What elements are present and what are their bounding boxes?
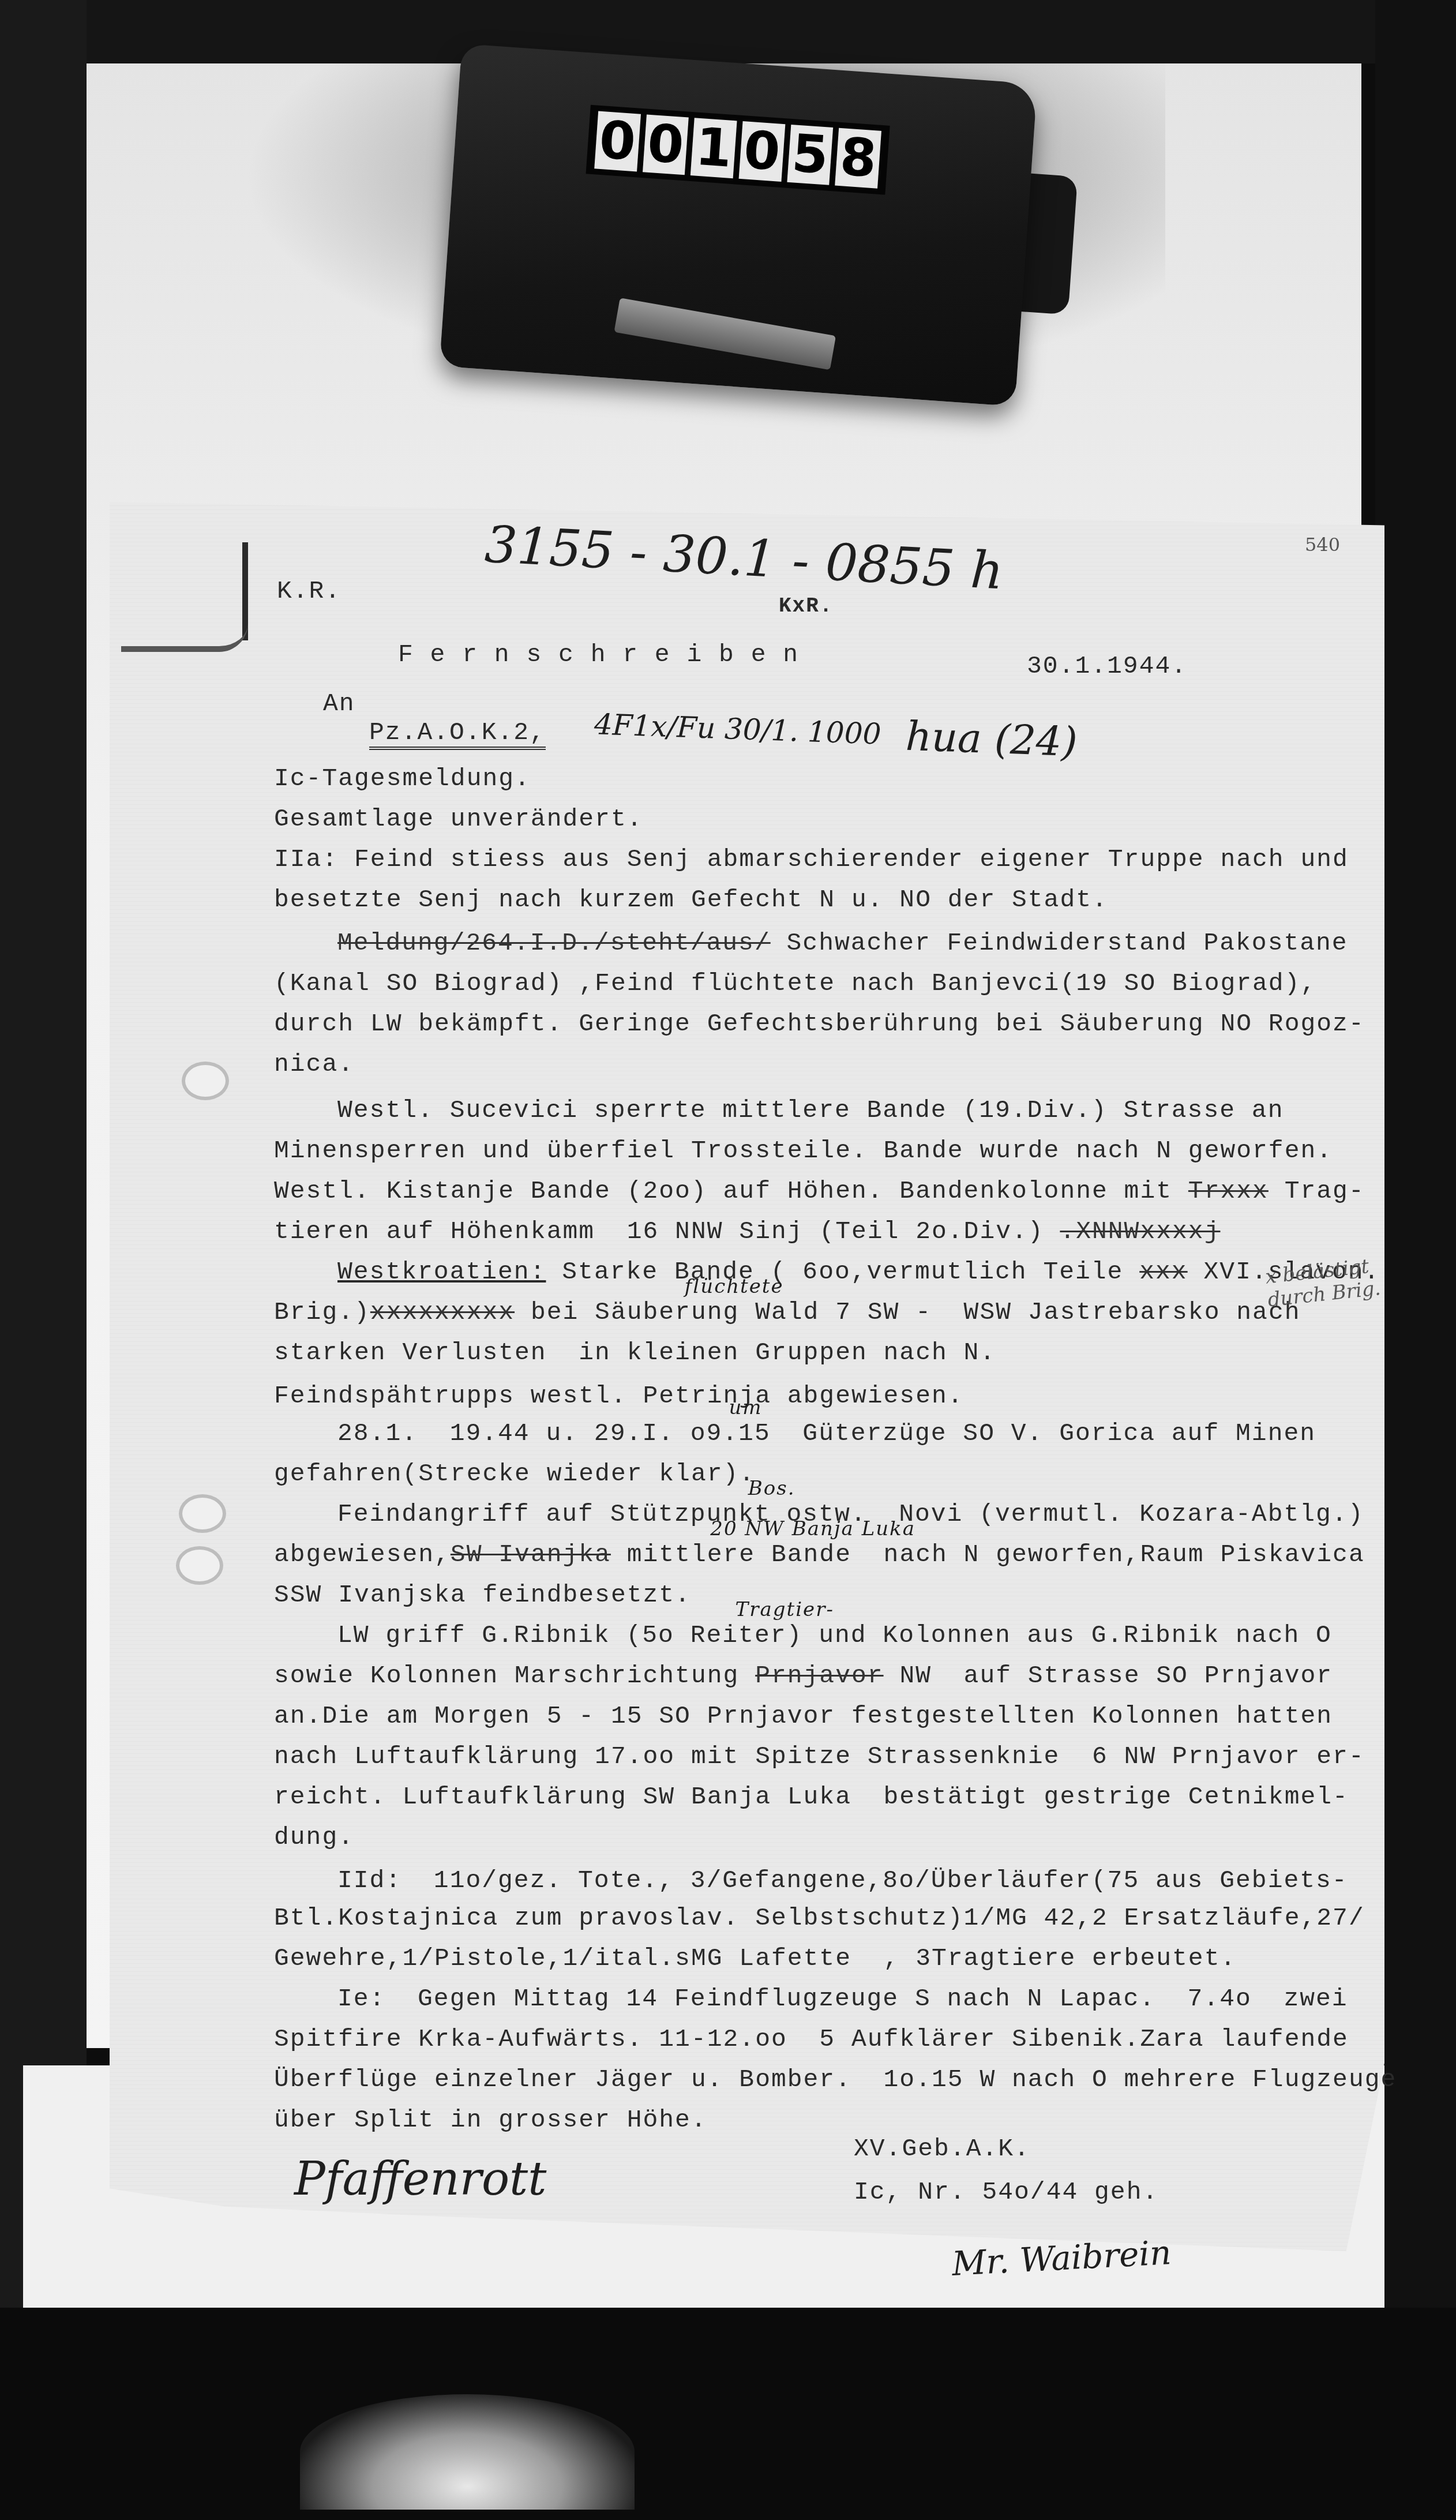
line-text: durch LW bekämpft. Geringe Gefechtsberüh… xyxy=(274,1010,1365,1038)
counter-digit: 0 xyxy=(594,111,640,172)
line-text: IId: 11o/gez. Tote., 3/Gefangene,8o/Über… xyxy=(337,1866,1348,1895)
page-number: 540 xyxy=(1305,534,1340,556)
handwritten-insertion: Bos. xyxy=(748,1477,795,1500)
line-text: nica. xyxy=(274,1050,354,1078)
line-text: starken Verlusten in kleinen Gruppen nac… xyxy=(274,1338,996,1367)
struck-text: .XNNWxxxxj xyxy=(1060,1217,1220,1246)
film-border-bottom xyxy=(0,2308,1456,2520)
body-line: Gewehre,1/Pistole,1/ital.sMG Lafette , 3… xyxy=(274,1944,1236,1972)
line-text: nach Luftaufklärung 17.oo mit Spitze Str… xyxy=(274,1742,1365,1771)
struck-text: Trxxx xyxy=(1188,1177,1269,1205)
line-text: (Kanal SO Biograd) ,Feind flüchtete nach… xyxy=(274,969,1316,997)
counter-window: 0 0 1 0 5 8 xyxy=(586,105,890,195)
handwritten-insertion: Tragtier- xyxy=(735,1598,834,1621)
line-text: dung. xyxy=(274,1823,354,1851)
bracket-mark-tail xyxy=(121,623,248,652)
line-text: sowie Kolonnen Marschrichtung xyxy=(274,1662,755,1690)
line-text: tieren auf Höhenkamm 16 NNW Sinj (Teil 2… xyxy=(274,1217,1060,1246)
kr-label: K.R. xyxy=(277,577,341,605)
line-text: Trag- xyxy=(1269,1177,1365,1205)
body-line: Westl. Sucevici sperrte mittlere Bande (… xyxy=(337,1096,1284,1124)
body-line: IIa: Feind stiess aus Senj abmarschieren… xyxy=(274,845,1349,873)
body-line: Spitfire Krka-Aufwärts. 11-12.oo 5 Aufkl… xyxy=(274,2025,1349,2053)
signature-left: Pfaffenrott xyxy=(294,2152,546,2206)
unit-designation: XV.Geb.A.K. xyxy=(854,2135,1030,2163)
counter-digit: 0 xyxy=(739,121,785,182)
recipient: Pz.A.O.K.2, xyxy=(369,718,546,750)
underlined-heading: Westkroatien: xyxy=(337,1258,546,1286)
body-line: Westkroatien: Starke Bande ( 6oo,vermutl… xyxy=(337,1258,1380,1286)
body-line: abgewiesen,SW Ivanjka mittlere Bande nac… xyxy=(274,1540,1365,1569)
line-text: abgewiesen, xyxy=(274,1540,451,1569)
body-line: an.Die am Morgen 5 - 15 SO Prnjavor fest… xyxy=(274,1702,1333,1730)
body-line: 28.1. 19.44 u. 29.I. o9.15 Güterzüge SO … xyxy=(337,1419,1316,1447)
punch-hole xyxy=(179,1494,226,1533)
line-text: Btl.Kostajnica zum pravoslav. Selbstschu… xyxy=(274,1904,1365,1932)
kxr-mark: KxR. xyxy=(779,594,833,618)
handwritten-insertion: 20 NW Banja Luka xyxy=(710,1517,915,1540)
counter-digit: 5 xyxy=(787,125,833,185)
line-text: über Split in grosser Höhe. xyxy=(274,2106,707,2134)
body-line: durch LW bekämpft. Geringe Gefechtsberüh… xyxy=(274,1010,1365,1038)
body-line: nica. xyxy=(274,1050,354,1078)
punch-hole xyxy=(182,1062,229,1100)
line-text: mittlere Bande nach N geworfen,Raum Pisk… xyxy=(611,1540,1365,1569)
body-line: Ic-Tagesmeldung. xyxy=(274,764,531,793)
body-line: reicht. Luftaufklärung SW Banja Luka bes… xyxy=(274,1783,1349,1811)
line-text: Ie: Gegen Mittag 14 Feindflugzeuge S nac… xyxy=(337,1985,1348,2013)
line-text: SSW Ivanjska feindbesetzt. xyxy=(274,1581,691,1609)
line-text: Brig.) xyxy=(274,1298,370,1326)
document-title: F e r n s c h r e i b e n xyxy=(398,640,799,669)
film-border-top xyxy=(0,0,1456,63)
handwritten-insertion: um xyxy=(729,1396,762,1419)
struck-text: SW Ivanjka xyxy=(451,1540,611,1569)
line-text: Ic-Tagesmeldung. xyxy=(274,764,531,793)
line-text: IIa: Feind stiess aus Senj abmarschieren… xyxy=(274,845,1349,873)
reference-number: Ic, Nr. 54o/44 geh. xyxy=(854,2178,1158,2206)
line-text: Starke Bande ( 6oo,vermutlich Teile xyxy=(546,1258,1139,1286)
body-line: Ie: Gegen Mittag 14 Feindflugzeuge S nac… xyxy=(337,1985,1348,2013)
line-text: besetzte Senj nach kurzem Gefecht N u. N… xyxy=(274,886,1108,914)
struck-text: xxxxxxxxx xyxy=(370,1298,515,1326)
counter-digit: 0 xyxy=(643,114,689,175)
line-text: 28.1. 19.44 u. 29.I. o9.15 Güterzüge SO … xyxy=(337,1419,1316,1447)
body-line: dung. xyxy=(274,1823,354,1851)
body-line: SSW Ivanjska feindbesetzt. xyxy=(274,1581,691,1609)
line-text: reicht. Luftaufklärung SW Banja Luka bes… xyxy=(274,1783,1349,1811)
handwritten-initials: hua (24) xyxy=(905,712,1079,766)
line-text: Westl. Sucevici sperrte mittlere Bande (… xyxy=(337,1096,1284,1124)
line-text: Überflüge einzelner Jäger u. Bomber. 1o.… xyxy=(274,2065,1397,2094)
line-text: Gesamtlage unverändert. xyxy=(274,805,643,833)
body-line: Minensperren und überfiel Trossteile. Ba… xyxy=(274,1137,1333,1165)
body-line: über Split in grosser Höhe. xyxy=(274,2106,707,2134)
body-line: besetzte Senj nach kurzem Gefecht N u. N… xyxy=(274,886,1108,914)
body-line: nach Luftaufklärung 17.oo mit Spitze Str… xyxy=(274,1742,1365,1771)
lamp-glare xyxy=(300,2394,635,2510)
line-text: Minensperren und überfiel Trossteile. Ba… xyxy=(274,1137,1333,1165)
struck-text: Meldung/264.I.D./steht/aus/ xyxy=(337,929,771,957)
line-text: Spitfire Krka-Aufwärts. 11-12.oo 5 Aufkl… xyxy=(274,2025,1349,2053)
line-text: Feindspähtrupps westl. Petrinja abgewies… xyxy=(274,1382,964,1410)
body-line: Btl.Kostajnica zum pravoslav. Selbstschu… xyxy=(274,1904,1365,1932)
body-line: sowie Kolonnen Marschrichtung Prnjavor N… xyxy=(274,1662,1333,1690)
line-text: an.Die am Morgen 5 - 15 SO Prnjavor fest… xyxy=(274,1702,1333,1730)
body-line: Gesamtlage unverändert. xyxy=(274,805,643,833)
document-date: 30.1.1944. xyxy=(1027,652,1187,680)
counter-nameplate xyxy=(614,298,836,370)
struck-text: Prnjavor xyxy=(755,1662,883,1690)
line-text: bei Säuberung Wald 7 SW - WSW Jastrebars… xyxy=(515,1298,1300,1326)
body-line: Feindspähtrupps westl. Petrinja abgewies… xyxy=(274,1382,964,1410)
body-line: tieren auf Höhenkamm 16 NNW Sinj (Teil 2… xyxy=(274,1217,1220,1246)
line-text: NW auf Strasse SO Prnjavor xyxy=(884,1662,1333,1690)
struck-text: xxx xyxy=(1139,1258,1187,1286)
line-text: gefahren(Strecke wieder klar). xyxy=(274,1460,755,1488)
body-line: Überflüge einzelner Jäger u. Bomber. 1o.… xyxy=(274,2065,1397,2094)
recipient-prefix: An xyxy=(323,689,355,718)
frame-counter: 0 0 1 0 5 8 xyxy=(440,44,1038,406)
line-text: Schwacher Feindwiderstand Pakostane xyxy=(771,929,1348,957)
handwritten-insertion: flüchtete xyxy=(685,1275,784,1298)
line-text: Westl. Kistanje Bande (2oo) auf Höhen. B… xyxy=(274,1177,1188,1205)
line-text: LW griff G.Ribnik (5o Reiter) und Kolonn… xyxy=(337,1621,1332,1649)
body-line: Meldung/264.I.D./steht/aus/ Schwacher Fe… xyxy=(337,929,1348,957)
body-line: starken Verlusten in kleinen Gruppen nac… xyxy=(274,1338,996,1367)
counter-digit: 8 xyxy=(835,128,881,189)
line-text: Gewehre,1/Pistole,1/ital.sMG Lafette , 3… xyxy=(274,1944,1236,1972)
punch-hole xyxy=(176,1546,223,1585)
body-line: gefahren(Strecke wieder klar). xyxy=(274,1460,755,1488)
body-line: Westl. Kistanje Bande (2oo) auf Höhen. B… xyxy=(274,1177,1365,1205)
body-line: Brig.)xxxxxxxxx bei Säuberung Wald 7 SW … xyxy=(274,1298,1300,1326)
body-line: IId: 11o/gez. Tote., 3/Gefangene,8o/Über… xyxy=(337,1866,1348,1895)
body-line: (Kanal SO Biograd) ,Feind flüchtete nach… xyxy=(274,969,1316,997)
counter-digit: 1 xyxy=(691,118,737,178)
body-line: LW griff G.Ribnik (5o Reiter) und Kolonn… xyxy=(337,1621,1332,1649)
